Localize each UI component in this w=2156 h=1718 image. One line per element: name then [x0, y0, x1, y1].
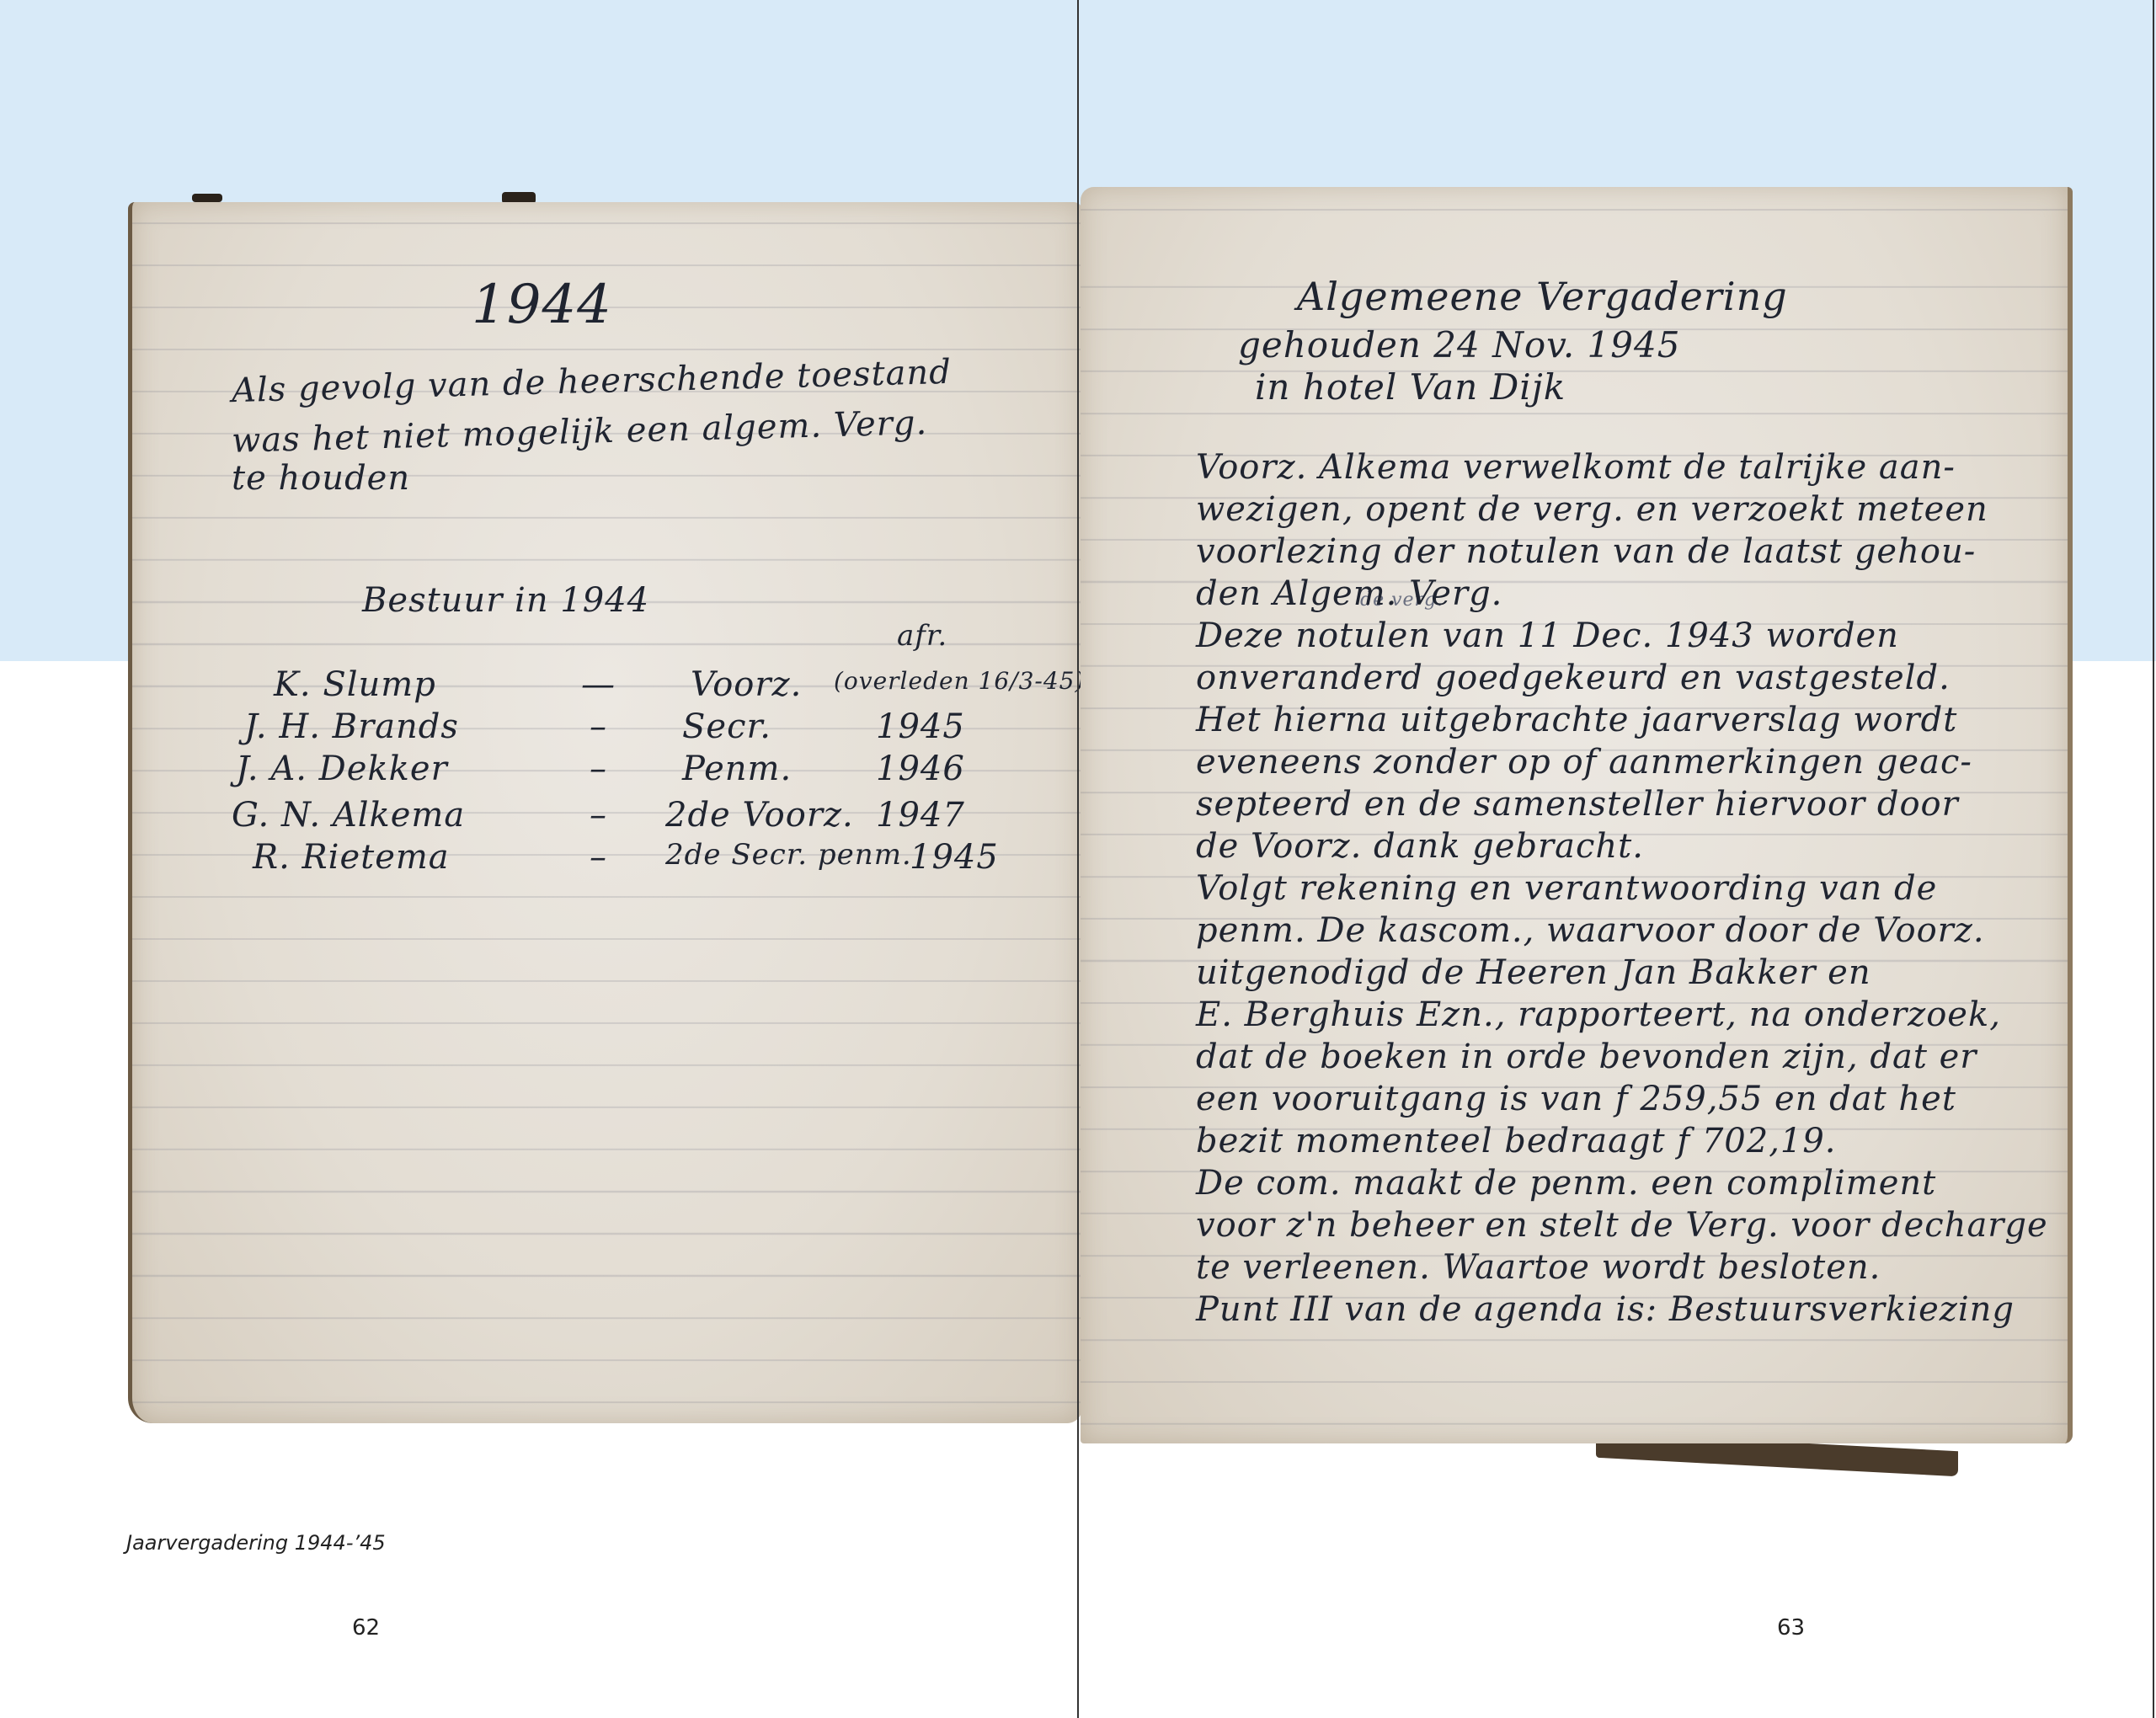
- figure-caption: Jaarvergadering 1944-’45: [126, 1531, 386, 1555]
- minutes-line: onveranderd goedgekeurd en vastgesteld.: [1196, 659, 1951, 697]
- board-role: 2de Secr. penm.: [665, 838, 912, 872]
- minutes-line: de Voorz. dank gebracht.: [1196, 827, 1644, 866]
- board-year: 1945: [910, 838, 999, 877]
- spread-gutter-line: [1077, 0, 1079, 1718]
- board-name: J. A. Dekker: [236, 750, 448, 788]
- minutes-line: septeerd en de samensteller hiervoor doo…: [1196, 785, 1959, 824]
- minutes-line: De com. maakt de penm. een compliment: [1196, 1164, 1936, 1203]
- minutes-line: te verleenen. Waartoe wordt besloten.: [1196, 1248, 1881, 1287]
- right-heading-line-3: in hotel Van Dijk: [1255, 366, 1566, 408]
- page-number-left: 62: [352, 1615, 380, 1641]
- board-role: 2de Voorz.: [665, 796, 854, 835]
- board-name: R. Rietema: [253, 838, 450, 877]
- minutes-line: E. Berghuis Ezn., rapporteert, na onderz…: [1196, 995, 2001, 1034]
- page-edge-line: [2153, 0, 2154, 1718]
- left-intro-line-3: te houden: [232, 459, 410, 498]
- minutes-line: voor z'n beheer en stelt de Verg. voor d…: [1196, 1206, 2048, 1245]
- minutes-line: Punt III van de agenda is: Bestuursverki…: [1196, 1290, 2015, 1329]
- minutes-line: dat de boeken in orde bevonden zijn, dat…: [1196, 1038, 1977, 1076]
- left-year-heading: 1944: [472, 274, 612, 336]
- board-dash: –: [590, 750, 607, 788]
- board-heading: Bestuur in 1944: [362, 581, 649, 620]
- board-year: 1947: [876, 796, 965, 835]
- minutes-line: penm. De kascom., waarvoor door de Voorz…: [1196, 911, 1985, 950]
- right-heading-line-1: Algemeene Vergadering: [1297, 274, 1788, 319]
- minutes-line: den Algem. Verg.: [1196, 574, 1502, 613]
- page-number-right: 63: [1777, 1615, 1805, 1641]
- board-name: J. H. Brands: [244, 707, 459, 746]
- board-dash: –: [590, 707, 607, 746]
- board-dash: —: [581, 665, 616, 704]
- minutes-line: Volgt rekening en verantwoording van de: [1196, 869, 1937, 908]
- board-dash: –: [590, 796, 607, 835]
- board-dash: –: [590, 838, 607, 877]
- board-role: Voorz.: [691, 665, 802, 704]
- minutes-line: wezigen, opent de verg. en verzoekt mete…: [1196, 490, 1988, 529]
- minutes-line: een vooruitgang is van f 259,55 en dat h…: [1196, 1080, 1956, 1118]
- board-role: Penm.: [682, 750, 792, 788]
- minutes-line: voorlezing der notulen van de laatst geh…: [1196, 532, 1976, 571]
- board-year: 1946: [876, 750, 965, 788]
- board-name: K. Slump: [274, 665, 436, 704]
- board-year: 1945: [876, 707, 965, 746]
- binding-clasp-left: [192, 194, 222, 202]
- minutes-line: Het hierna uitgebrachte jaarverslag word…: [1196, 701, 1957, 739]
- board-year: (overleden 16/3-45): [834, 667, 1085, 695]
- board-role: Secr.: [682, 707, 771, 746]
- minutes-line: Voorz. Alkema verwelkomt de talrijke aan…: [1196, 448, 1956, 487]
- minutes-line: eveneens zonder op of aanmerkingen geac-: [1196, 743, 1972, 782]
- minutes-line: uitgenodigd de Heeren Jan Bakker en: [1196, 953, 1871, 992]
- board-name: G. N. Alkema: [232, 796, 465, 835]
- minutes-line: Deze notulen van 11 Dec. 1943 worden: [1196, 616, 1899, 655]
- right-heading-line-2: gehouden 24 Nov. 1945: [1238, 324, 1680, 365]
- board-column-afk: afr.: [897, 619, 947, 653]
- minutes-line: bezit momenteel bedraagt f 702,19.: [1196, 1122, 1837, 1160]
